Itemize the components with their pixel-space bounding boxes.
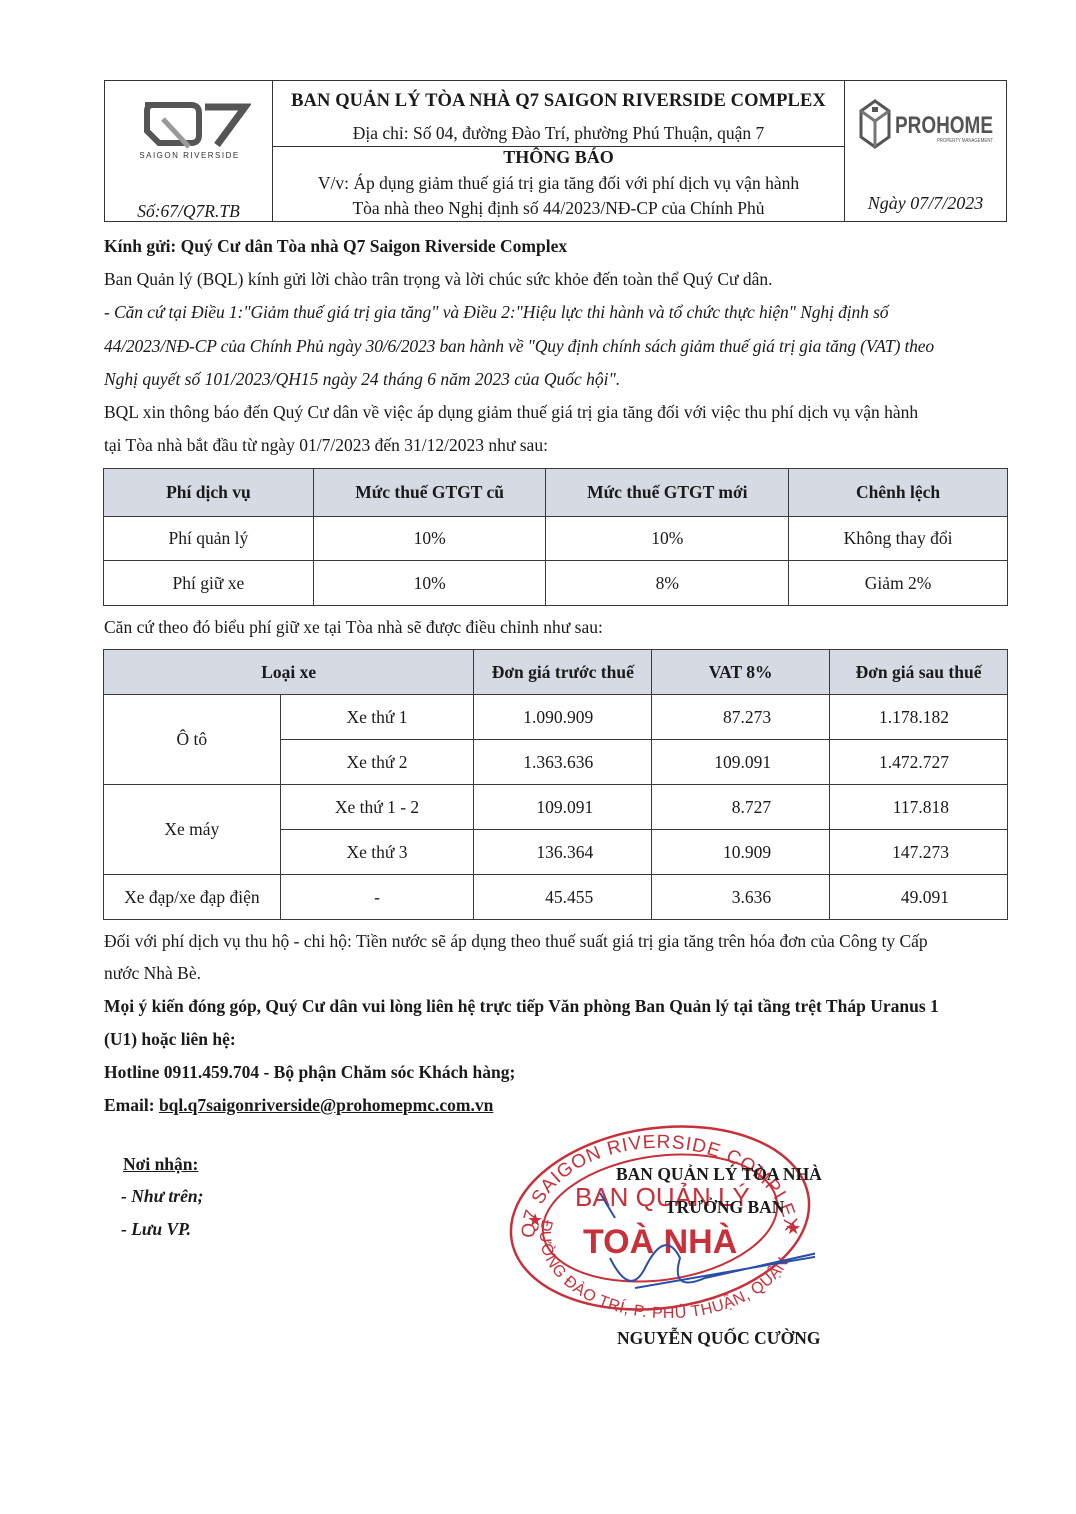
pre-tax-price: 136.364 <box>474 830 652 875</box>
post-tax-price: 1.472.727 <box>830 740 1008 785</box>
vehicle-category: Xe đạp/xe đạp điện <box>104 875 281 920</box>
vehicle-order: Xe thứ 1 - 2 <box>280 785 474 830</box>
pre-tax-price: 1.363.636 <box>474 740 652 785</box>
signature-organization: BAN QUẢN LÝ TÒA NHÀ <box>616 1164 822 1185</box>
vat-amount: 109.091 <box>652 740 830 785</box>
signature-title: TRƯỞNG BAN <box>665 1197 784 1218</box>
parking-intro: Căn cứ theo đó biểu phí giữ xe tại Tòa n… <box>104 617 603 638</box>
vehicle-order: Xe thứ 1 <box>280 695 474 740</box>
subject-line-2: Tòa nhà theo Nghị định số 44/2023/NĐ-CP … <box>272 198 845 219</box>
announcement-line-1: BQL xin thông báo đến Quý Cư dân về việc… <box>104 402 918 423</box>
table-header-row: Loại xe Đơn giá trước thuế VAT 8% Đơn gi… <box>104 650 1008 695</box>
document-date: Ngày 07/7/2023 <box>845 193 1006 214</box>
email-link[interactable]: bql.q7saigonriverside@prohomepmc.com.vn <box>159 1095 493 1115</box>
column-header: Phí dịch vụ <box>104 469 314 517</box>
post-tax-price: 49.091 <box>830 875 1008 920</box>
pre-tax-price: 1.090.909 <box>474 695 652 740</box>
post-tax-price: 147.273 <box>830 830 1008 875</box>
contact-line-2: (U1) hoặc liên hệ: <box>104 1029 236 1050</box>
svg-text:PROPERTY MANAGEMENT: PROPERTY MANAGEMENT <box>937 138 993 144</box>
parking-fee-table: Loại xe Đơn giá trước thuế VAT 8% Đơn gi… <box>103 649 1008 920</box>
svg-text:PROHOME: PROHOME <box>895 112 993 139</box>
service-name: Phí quản lý <box>104 517 314 561</box>
recipient-item: - Lưu VP. <box>121 1219 191 1240</box>
legal-basis-line-1: - Căn cứ tại Điều 1:"Giảm thuế giá trị g… <box>104 302 888 323</box>
header-right-cell: PROHOME PROPERTY MANAGEMENT Ngày 07/7/20… <box>844 81 1006 221</box>
signatory-name: NGUYỄN QUỐC CƯỜNG <box>617 1328 821 1349</box>
subject-line-1: V/v: Áp dụng giảm thuế giá trị gia tăng … <box>272 173 845 194</box>
vat-amount: 87.273 <box>652 695 830 740</box>
document-header: SAIGON RIVERSIDE Số:67/Q7R.TB BAN QUẢN L… <box>104 80 1007 222</box>
greeting: Ban Quản lý (BQL) kính gửi lời chào trân… <box>104 269 773 290</box>
new-vat-rate: 8% <box>546 561 789 606</box>
legal-basis-line-3: Nghị quyết số 101/2023/QH15 ngày 24 thán… <box>104 369 620 390</box>
email-line: Email: bql.q7saigonriverside@prohomepmc.… <box>104 1095 493 1116</box>
table-row: Xe đạp/xe đạp điện-45.4553.63649.091 <box>104 875 1008 920</box>
post-tax-price: 117.818 <box>830 785 1008 830</box>
recipients-label: Nơi nhận: <box>123 1154 198 1175</box>
column-header: VAT 8% <box>652 650 830 695</box>
pre-tax-price: 109.091 <box>474 785 652 830</box>
column-header: Loại xe <box>104 650 474 695</box>
new-vat-rate: 10% <box>546 517 789 561</box>
table-row: Phí quản lý 10% 10% Không thay đổi <box>104 517 1008 561</box>
vehicle-category: Ô tô <box>104 695 281 785</box>
collection-note-line-2: nước Nhà Bè. <box>104 963 201 984</box>
vehicle-order: - <box>280 875 474 920</box>
vat-rate-table: Phí dịch vụ Mức thuế GTGT cũ Mức thuế GT… <box>103 468 1008 606</box>
table-row: Phí giữ xe 10% 8% Giảm 2% <box>104 561 1008 606</box>
hotline: Hotline 0911.459.704 - Bộ phận Chăm sóc … <box>104 1062 515 1083</box>
vat-amount: 3.636 <box>652 875 830 920</box>
column-header: Mức thuế GTGT mới <box>546 469 789 517</box>
prohome-logo-icon: PROHOME PROPERTY MANAGEMENT <box>857 97 997 149</box>
vehicle-order: Xe thứ 3 <box>280 830 474 875</box>
notice-label: THÔNG BÁO <box>272 147 845 168</box>
organization-title: BAN QUẢN LÝ TÒA NHÀ Q7 SAIGON RIVERSIDE … <box>272 91 845 112</box>
table-row: Xe máyXe thứ 1 - 2109.0918.727117.818 <box>104 785 1008 830</box>
svg-text:★: ★ <box>785 1218 801 1238</box>
difference: Giảm 2% <box>789 561 1008 606</box>
column-header: Chênh lệch <box>789 469 1008 517</box>
q7-logo-subtitle: SAIGON RIVERSIDE <box>117 151 262 160</box>
pre-tax-price: 45.455 <box>474 875 652 920</box>
column-header: Đơn giá trước thuế <box>474 650 652 695</box>
vat-amount: 10.909 <box>652 830 830 875</box>
collection-note-line-1: Đối với phí dịch vụ thu hộ - chi hộ: Tiề… <box>104 931 928 952</box>
organization-address: Địa chỉ: Số 04, đường Đào Trí, phường Ph… <box>272 123 845 144</box>
contact-line-1: Mọi ý kiến đóng góp, Quý Cư dân vui lòng… <box>104 996 939 1017</box>
salutation: Kính gửi: Quý Cư dân Tòa nhà Q7 Saigon R… <box>104 236 567 257</box>
column-header: Mức thuế GTGT cũ <box>313 469 546 517</box>
vat-amount: 8.727 <box>652 785 830 830</box>
email-label: Email: <box>104 1095 159 1115</box>
service-name: Phí giữ xe <box>104 561 314 606</box>
document-number: Số:67/Q7R.TB <box>105 201 272 222</box>
old-vat-rate: 10% <box>313 561 546 606</box>
announcement-line-2: tại Tòa nhà bắt đầu từ ngày 01/7/2023 đế… <box>104 435 548 456</box>
column-header: Đơn giá sau thuế <box>830 650 1008 695</box>
legal-basis-line-2: 44/2023/NĐ-CP của Chính Phủ ngày 30/6/20… <box>104 336 934 357</box>
vehicle-category: Xe máy <box>104 785 281 875</box>
post-tax-price: 1.178.182 <box>830 695 1008 740</box>
official-stamp-icon: Q7 SAIGON RIVERSIDE COMPLEX ĐƯỜNG ĐÀO TR… <box>505 1118 815 1318</box>
recipient-item: - Như trên; <box>121 1186 203 1207</box>
difference: Không thay đổi <box>789 517 1008 561</box>
table-header-row: Phí dịch vụ Mức thuế GTGT cũ Mức thuế GT… <box>104 469 1008 517</box>
stamp-center-line-2: TOÀ NHÀ <box>583 1223 737 1261</box>
table-row: Ô tôXe thứ 11.090.90987.2731.178.182 <box>104 695 1008 740</box>
old-vat-rate: 10% <box>313 517 546 561</box>
vehicle-order: Xe thứ 2 <box>280 740 474 785</box>
header-left-cell: SAIGON RIVERSIDE Số:67/Q7R.TB <box>105 81 273 221</box>
svg-text:★: ★ <box>527 1210 543 1230</box>
q7-logo-icon <box>139 97 251 151</box>
